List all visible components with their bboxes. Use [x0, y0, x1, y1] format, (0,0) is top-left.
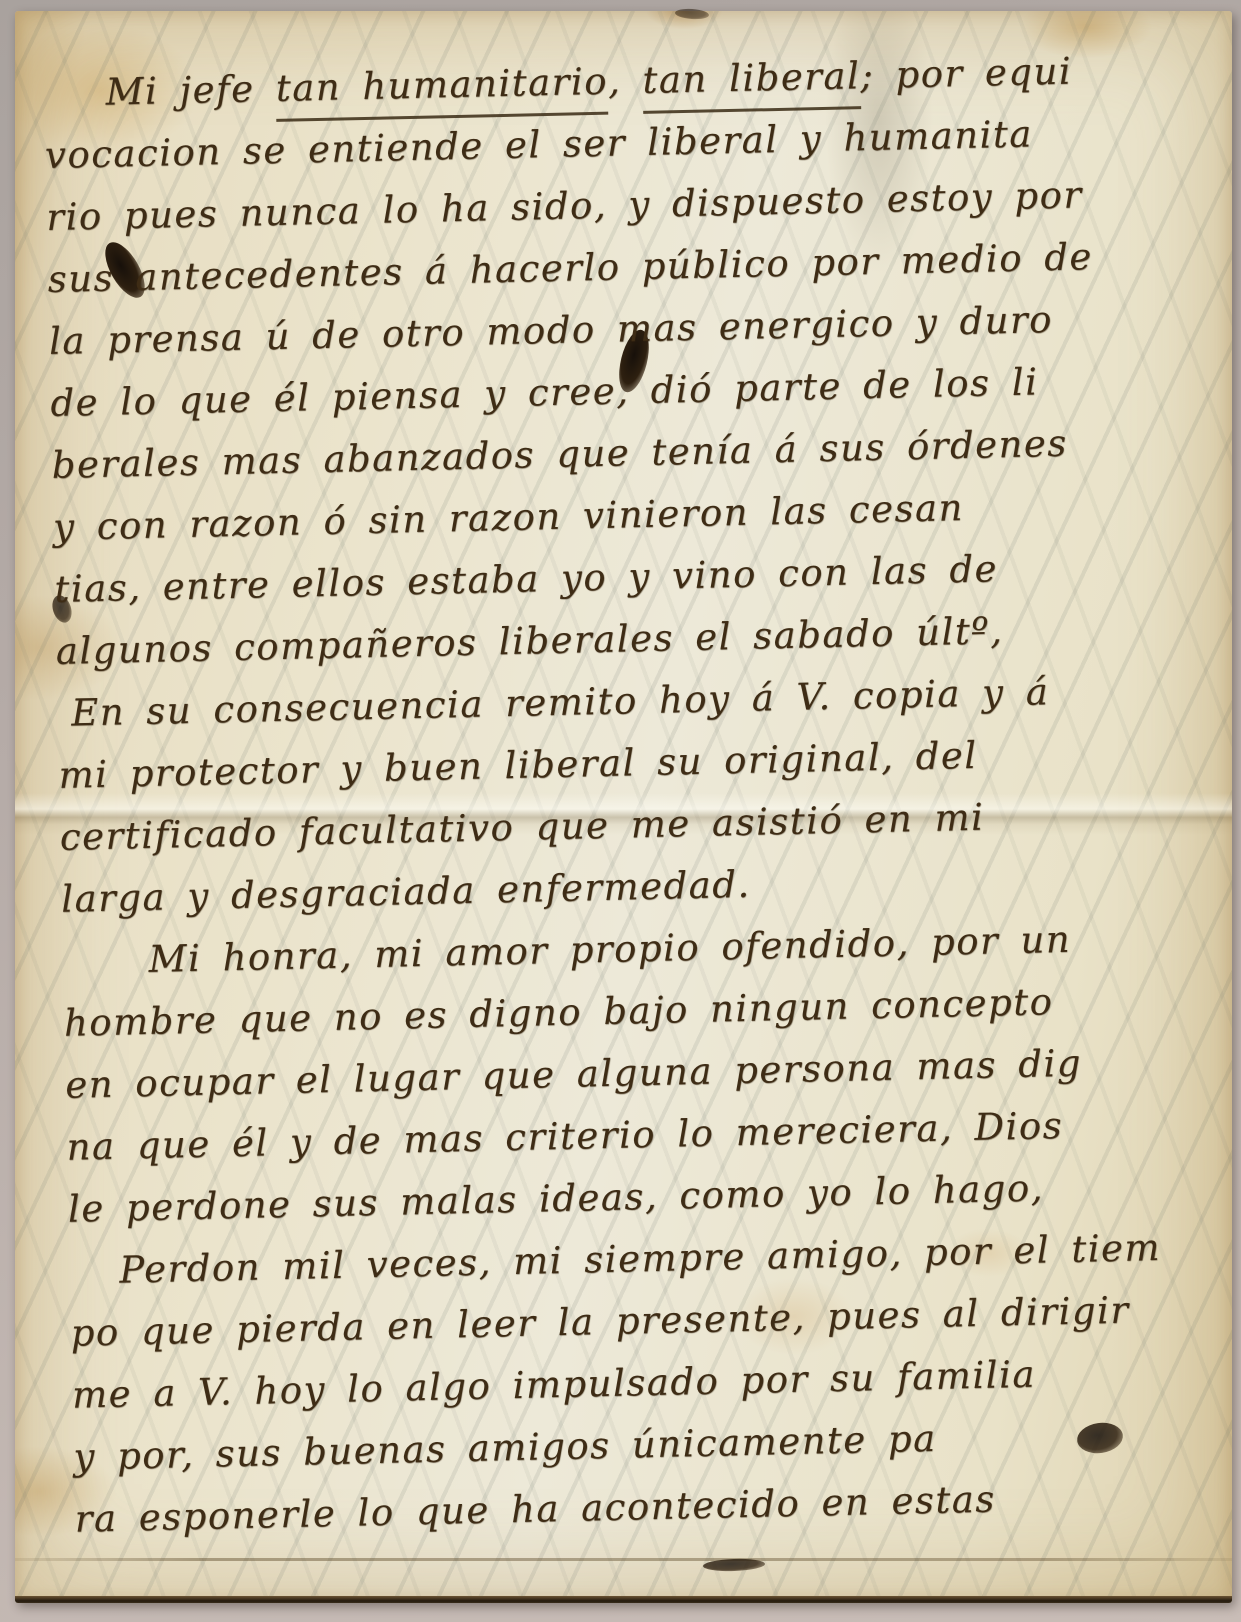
handwriting: Mi jefe tan humanitario, tan liberal; po…	[43, 37, 1241, 1550]
ink-smudge	[675, 8, 710, 20]
letter-text: ,	[607, 59, 642, 103]
letter-text: Mi jefe	[105, 67, 276, 114]
paper-bottom-edge	[15, 1596, 1232, 1603]
ink-smudge	[703, 1558, 765, 1572]
bottom-fold-line	[15, 1558, 1232, 1561]
letter-text: ; por equi	[860, 50, 1073, 98]
underlined-phrase: tan humanitario	[275, 60, 608, 122]
letter-page: Mi jefe tan humanitario, tan liberal; po…	[15, 11, 1232, 1603]
underlined-phrase: tan liberal	[642, 54, 861, 114]
